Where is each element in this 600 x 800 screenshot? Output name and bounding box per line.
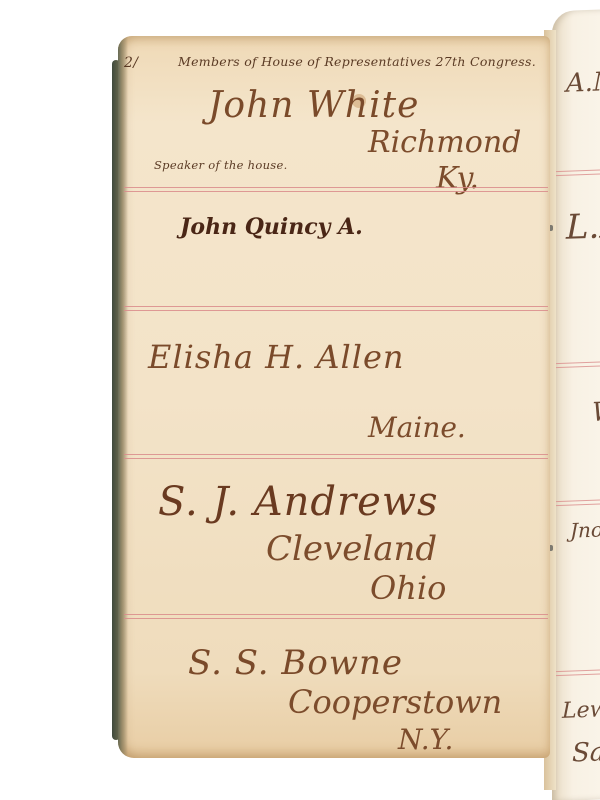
page-header-title: Members of House of Representatives 27th…: [178, 56, 536, 69]
location-ohio: Ohio: [370, 572, 446, 604]
signature-ss-bowne: S. S. Bowne: [188, 646, 403, 680]
right-fragment-1: A.N.Be: [566, 68, 600, 97]
photo-stage: A.N.Be L.M. W Jno. Lewis Sa 2/ Members o…: [0, 0, 600, 800]
location-richmond: Richmond: [368, 128, 521, 158]
ruled-line-1: [118, 187, 550, 193]
signature-john-white: John White: [208, 88, 419, 124]
left-page: 2/ Members of House of Representatives 2…: [118, 36, 550, 758]
right-rule-2: [552, 360, 600, 369]
right-fragment-5: Lewis: [562, 699, 600, 723]
location-cleveland: Cleveland: [266, 532, 437, 566]
signature-elisha-allen: Elisha H. Allen: [148, 341, 404, 373]
ruled-line-4: [118, 614, 550, 620]
right-page: A.N.Be L.M. W Jno. Lewis Sa: [552, 9, 600, 800]
ruled-line-2: [118, 306, 550, 312]
right-fragment-2: L.M.: [566, 208, 600, 245]
right-fragment-3: W: [592, 399, 600, 426]
page-mark: 2/: [124, 56, 138, 70]
right-rule-3: [552, 498, 600, 507]
right-rule-1: [552, 168, 600, 177]
ruled-line-3: [118, 454, 550, 460]
right-rule-4: [552, 668, 600, 677]
right-fragment-4: Jno.: [570, 519, 600, 540]
location-ny: N.Y.: [398, 726, 453, 754]
speaker-note: Speaker of the house.: [154, 160, 288, 172]
signature-john-quincy-adams: John Quincy A.: [180, 216, 363, 238]
location-maine: Maine.: [368, 414, 466, 442]
signature-sj-andrews: S. J. Andrews: [158, 482, 439, 522]
location-cooperstown: Cooperstown: [288, 686, 502, 718]
right-fragment-6: Sa: [572, 739, 600, 766]
